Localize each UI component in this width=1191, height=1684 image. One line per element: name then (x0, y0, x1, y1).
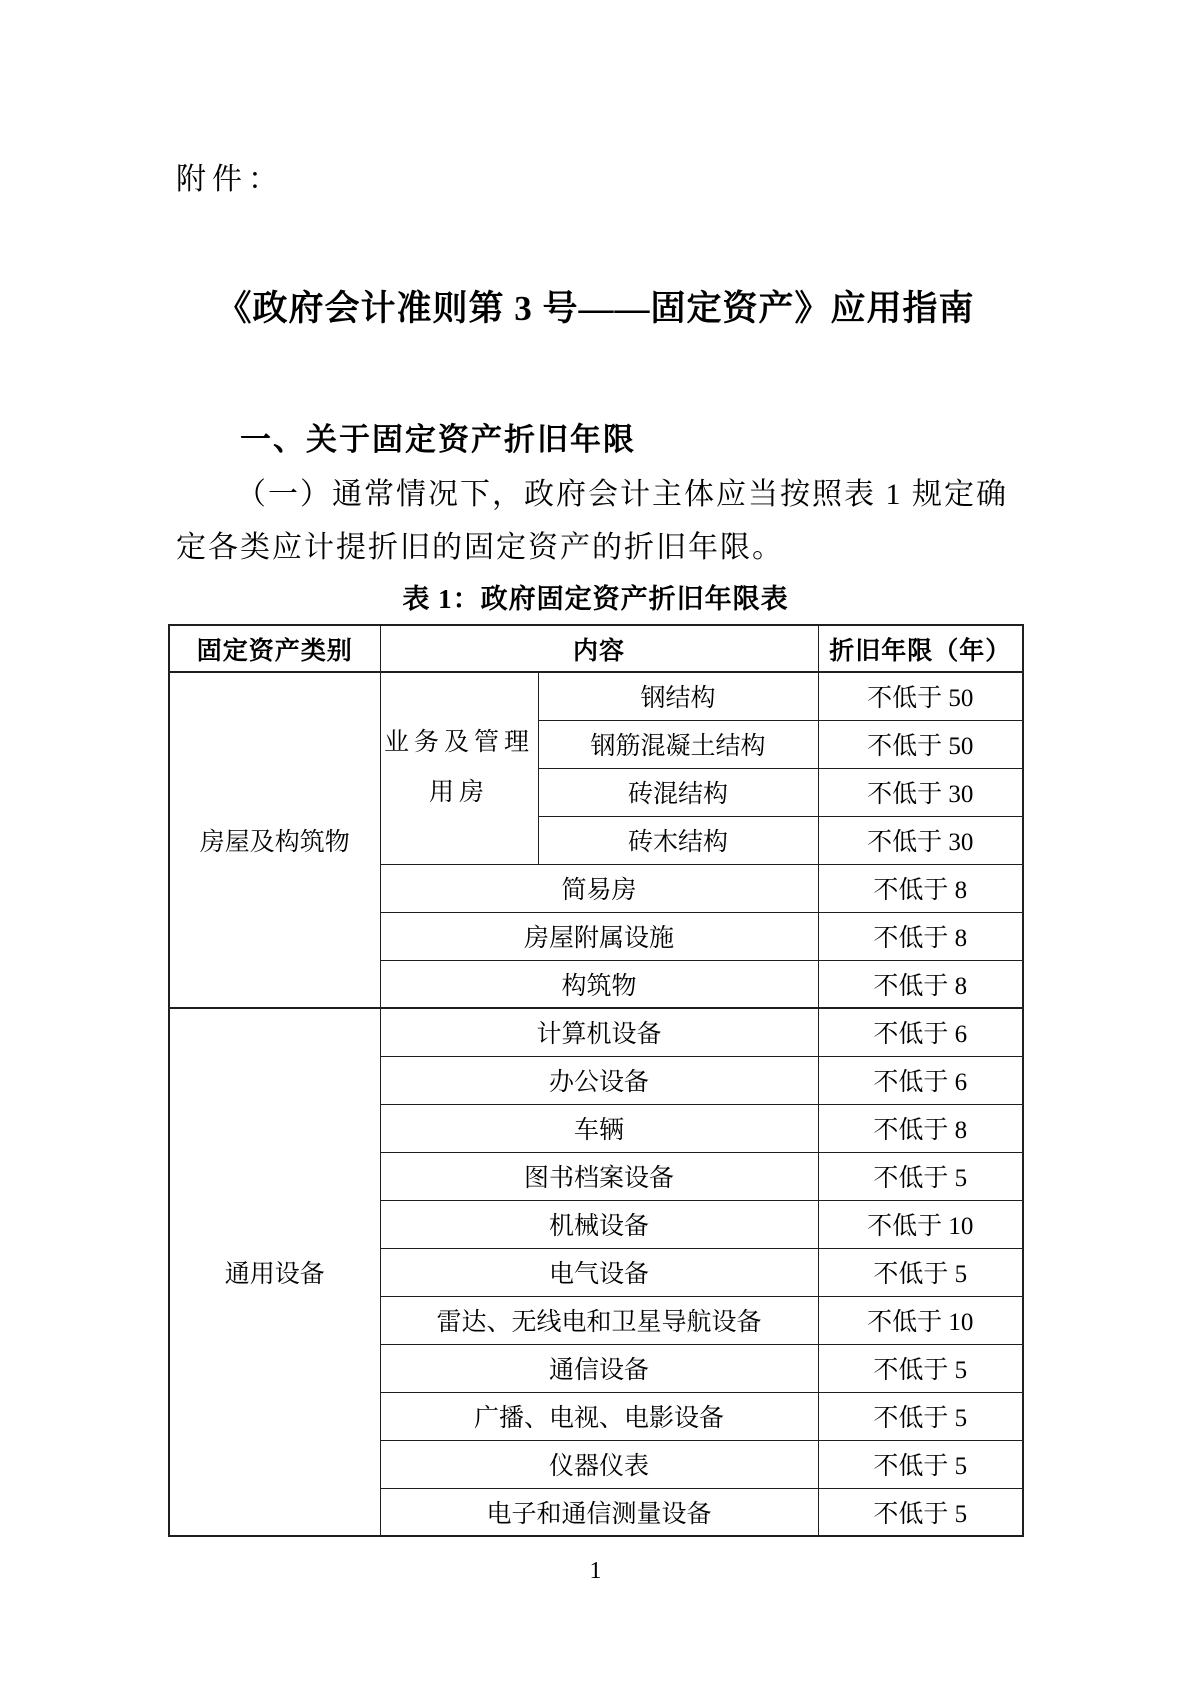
document-title: 《政府会计准则第 3 号——固定资产》应用指南 (0, 281, 1191, 331)
table-caption: 表 1：政府固定资产折旧年限表 (0, 577, 1191, 616)
years-cell: 不低于 30 (818, 768, 1023, 816)
content-cell: 砖木结构 (538, 816, 818, 864)
years-cell: 不低于 50 (818, 672, 1023, 720)
table-row: 房屋及构筑物 业务及管理用房 钢结构 不低于 50 (169, 672, 1023, 720)
years-cell: 不低于 10 (818, 1200, 1023, 1248)
years-cell: 不低于 5 (818, 1488, 1023, 1536)
content-cell: 砖混结构 (538, 768, 818, 816)
content-cell: 广播、电视、电影设备 (380, 1392, 818, 1440)
years-cell: 不低于 10 (818, 1296, 1023, 1344)
years-cell: 不低于 8 (818, 864, 1023, 912)
category-cell-buildings: 房屋及构筑物 (169, 672, 380, 1008)
years-cell: 不低于 5 (818, 1344, 1023, 1392)
attachment-label: 附件： (176, 154, 284, 198)
years-cell: 不低于 8 (818, 960, 1023, 1008)
content-cell: 计算机设备 (380, 1008, 818, 1056)
section-heading: 一、关于固定资产折旧年限 (240, 414, 636, 459)
content-cell: 雷达、无线电和卫星导航设备 (380, 1296, 818, 1344)
content-cell: 电气设备 (380, 1248, 818, 1296)
content-cell: 通信设备 (380, 1344, 818, 1392)
content-cell: 构筑物 (380, 960, 818, 1008)
years-cell: 不低于 5 (818, 1392, 1023, 1440)
content-cell: 房屋附属设施 (380, 912, 818, 960)
content-cell: 简易房 (380, 864, 818, 912)
column-header-content: 内容 (380, 625, 818, 672)
years-cell: 不低于 8 (818, 912, 1023, 960)
table-header-row: 固定资产类别 内容 折旧年限（年） (169, 625, 1023, 672)
content-cell: 车辆 (380, 1104, 818, 1152)
years-cell: 不低于 8 (818, 1104, 1023, 1152)
content-cell: 办公设备 (380, 1056, 818, 1104)
years-cell: 不低于 5 (818, 1248, 1023, 1296)
document-page: { "document": { "attachment_label": "附件：… (0, 0, 1191, 1684)
depreciation-table: 固定资产类别 内容 折旧年限（年） 房屋及构筑物 业务及管理用房 钢结构 不低于… (168, 624, 1024, 1537)
column-header-asset-category: 固定资产类别 (169, 625, 380, 672)
years-cell: 不低于 6 (818, 1008, 1023, 1056)
content-cell: 图书档案设备 (380, 1152, 818, 1200)
category-cell-general-equipment: 通用设备 (169, 1008, 380, 1536)
group-cell-business-housing: 业务及管理用房 (380, 672, 538, 864)
column-header-depreciation-years: 折旧年限（年） (818, 625, 1023, 672)
years-cell: 不低于 50 (818, 720, 1023, 768)
content-cell: 仪器仪表 (380, 1440, 818, 1488)
content-cell: 钢结构 (538, 672, 818, 720)
page-number: 1 (0, 1558, 1191, 1585)
content-cell: 钢筋混凝土结构 (538, 720, 818, 768)
body-paragraph: （一）通常情况下，政府会计主体应当按照表 1 规定确 定各类应计提折旧的固定资产… (176, 468, 1032, 574)
years-cell: 不低于 5 (818, 1152, 1023, 1200)
years-cell: 不低于 5 (818, 1440, 1023, 1488)
table-row: 通用设备 计算机设备 不低于 6 (169, 1008, 1023, 1056)
content-cell: 机械设备 (380, 1200, 818, 1248)
content-cell: 电子和通信测量设备 (380, 1488, 818, 1536)
years-cell: 不低于 6 (818, 1056, 1023, 1104)
years-cell: 不低于 30 (818, 816, 1023, 864)
